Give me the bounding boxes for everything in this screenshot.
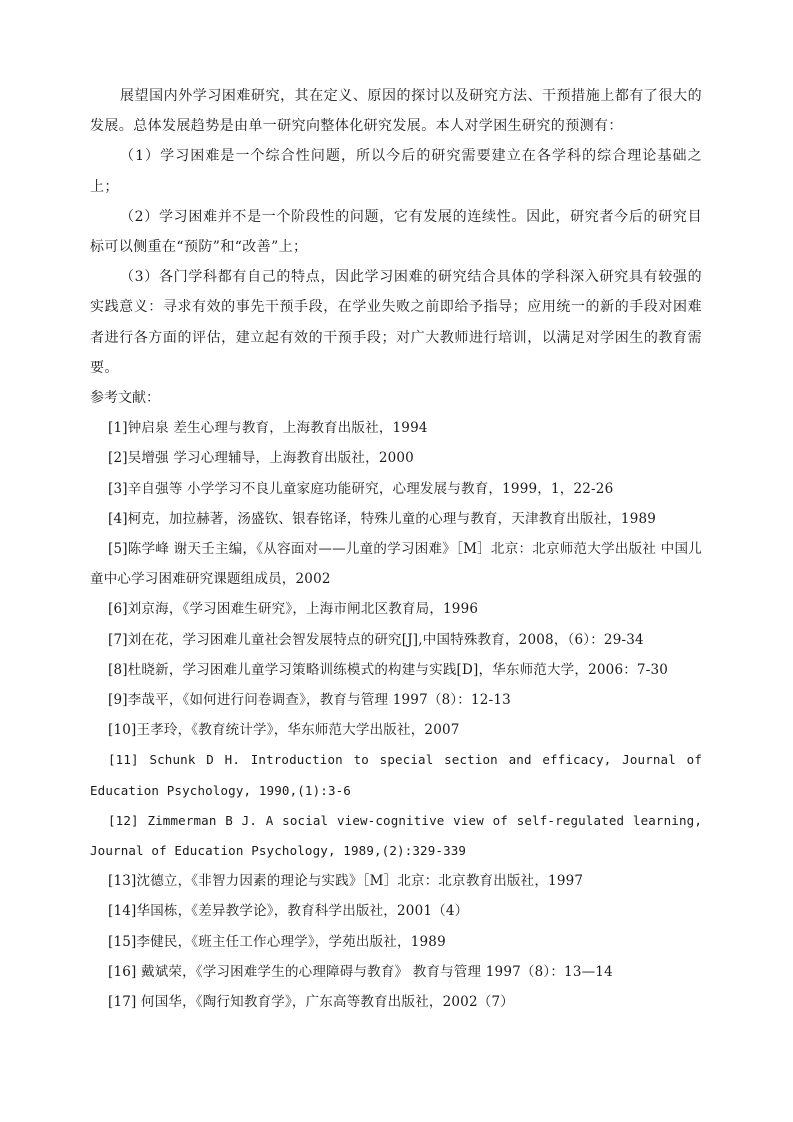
reference-item: [9]李哉平，《如何进行问卷调查》，教育与管理 1997（8）：12-13 [90,685,702,715]
point-1-paragraph: （1）学习困难是一个综合性问题，所以今后的研究需要建立在各学科的综合理论基础之上… [90,141,702,201]
references-list: [1]钟启泉 差生心理与教育，上海教育出版社，1994 [2]吴增强 学习心理辅… [90,413,702,1017]
reference-item: [5]陈学峰 谢天壬主编，《从容面对——儿童的学习困难》［M］北京：北京师范大学… [90,534,702,594]
reference-item: [6]刘京海，《学习困难生研究》，上海市闸北区教育局，1996 [90,594,702,624]
reference-item: [15]李健民，《班主任工作心理学》，学苑出版社，1989 [90,927,702,957]
reference-item: [17] 何国华，《陶行知教育学》，广东高等教育出版社，2002（7） [90,987,702,1017]
reference-item: [4]柯克，加拉赫著，汤盛钦、银春铭译，特殊儿童的心理与教育，天津教育出版社，1… [90,504,702,534]
point-2-paragraph: （2）学习困难并不是一个阶段性的问题，它有发展的连续性。因此，研究者今后的研究目… [90,202,702,262]
intro-paragraph: 展望国内外学习困难研究，其在定义、原因的探讨以及研究方法、干预措施上都有了很大的… [90,81,702,141]
reference-item: [1]钟启泉 差生心理与教育，上海教育出版社，1994 [90,413,702,443]
references-heading: 参考文献： [90,383,702,413]
reference-item: [7]刘在花，学习困难儿童社会智发展特点的研究[J],中国特殊教育，2008，（… [90,625,702,655]
reference-item: [12] Zimmerman B J. A social view-cognit… [90,806,702,866]
reference-item: [16] 戴斌荣，《学习困难学生的心理障碍与教育》 教育与管理 1997（8）：… [90,957,702,987]
point-3-paragraph: （3）各门学科都有自己的特点，因此学习困难的研究结合具体的学科深入研究具有较强的… [90,262,702,383]
reference-item: [11] Schunk D H. Introduction to special… [90,745,702,805]
reference-item: [3]辛自强等 小学学习不良儿童家庭功能研究，心理发展与教育，1999，1，22… [90,474,702,504]
reference-item: [14]华国栋，《差异教学论》，教育科学出版社，2001（4） [90,896,702,926]
reference-item: [8]杜晓新，学习困难儿童学习策略训练模式的构建与实践[D]，华东师范大学，20… [90,655,702,685]
reference-item: [10]王孝玲，《教育统计学》，华东师范大学出版社，2007 [90,715,702,745]
document-page: 展望国内外学习困难研究，其在定义、原因的探讨以及研究方法、干预措施上都有了很大的… [90,81,702,1017]
reference-item: [2]吴增强 学习心理辅导，上海教育出版社，2000 [90,443,702,473]
reference-item: [13]沈德立，《非智力因素的理论与实践》［M］北京：北京教育出版社，1997 [90,866,702,896]
body-text: 展望国内外学习困难研究，其在定义、原因的探讨以及研究方法、干预措施上都有了很大的… [90,81,702,383]
